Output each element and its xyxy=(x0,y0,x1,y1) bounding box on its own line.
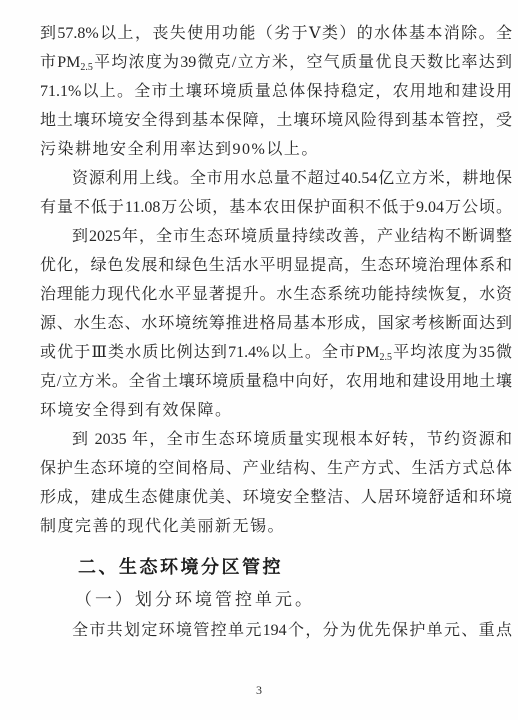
section-heading: 二、生态环境分区管控 xyxy=(78,553,512,582)
paragraph: 到2025年，全市生态环境质量持续改善，产业结构不断调整优化，绿色发展和绿色生活… xyxy=(40,222,512,425)
text-segment: 环境安全得到有效保障。 xyxy=(40,402,233,419)
page-number: 3 xyxy=(0,683,518,698)
text-line: 到 2035 年，全市生态环境质量实现根本好转，节约资源和 xyxy=(40,425,512,454)
text-line: 到2025年，全市生态环境质量持续改善，产业结构不断调整 xyxy=(40,222,512,251)
text-segment: 源、水生态、水环境统筹推进格局基本形成，国家考核断面达到 xyxy=(40,315,512,332)
text-line: 形成，建成生态健康优美、环境安全整洁、人居环境舒适和环境 xyxy=(40,483,512,512)
text-segment: 平均浓度为39微克/立方米，空气质量优良天数比率达到 xyxy=(93,54,512,71)
text-segment: 制度完善的现代化美丽新无锡。 xyxy=(40,518,285,535)
text-line: 环境安全得到有效保障。 xyxy=(40,396,512,425)
text-segment: 71.1%以上。全市土壤环境质量总体保持稳定，农用地和建设用 xyxy=(40,83,512,100)
text-line: 到57.8%以上，丧失使用功能（劣于Ⅴ类）的水体基本消除。全 xyxy=(40,19,512,48)
text-line: 或优于Ⅲ类水质比例达到71.4%以上。全市PM2.5平均浓度为35微 xyxy=(40,338,512,367)
document-page: 到57.8%以上，丧失使用功能（劣于Ⅴ类）的水体基本消除。全市PM2.5平均浓度… xyxy=(0,0,518,720)
text-line: 克/立方米。全省土壤环境质量稳中向好，农用地和建设用地土壤 xyxy=(40,367,512,396)
text-line: 治理能力现代化水平显著提升。水生态系统功能持续恢复，水资 xyxy=(40,280,512,309)
text-segment: 平均浓度为35微 xyxy=(392,344,512,361)
paragraph: 到57.8%以上，丧失使用功能（劣于Ⅴ类）的水体基本消除。全市PM2.5平均浓度… xyxy=(40,19,512,164)
text-segment: 全市共划定环境管控单元194个，分为优先保护单元、重点 xyxy=(72,622,512,639)
text-line: 优化，绿色发展和绿色生活水平明显提高，生态环境治理体系和 xyxy=(40,251,512,280)
text-segment: 治理能力现代化水平显著提升。水生态系统功能持续恢复，水资 xyxy=(40,286,512,303)
text-segment: 有量不低于11.08万公顷，基本农田保护面积不低于9.04万公顷。 xyxy=(40,199,512,216)
text-line: 71.1%以上。全市土壤环境质量总体保持稳定，农用地和建设用 xyxy=(40,77,512,106)
text-segment: 到2025年，全市生态环境质量持续改善，产业结构不断调整 xyxy=(72,228,512,245)
text-segment: 污染耕地安全利用率达到90%以上。 xyxy=(40,141,319,158)
subscript-text: 2.5 xyxy=(80,62,93,73)
text-segment: 到 2035 年，全市生态环境质量实现根本好转，节约资源和 xyxy=(72,431,512,448)
text-line: 资源利用上线。全市用水总量不超过40.54亿立方米，耕地保 xyxy=(40,164,512,193)
text-line: 源、水生态、水环境统筹推进格局基本形成，国家考核断面达到 xyxy=(40,309,512,338)
text-segment: 到57.8%以上，丧失使用功能（劣于Ⅴ类）的水体基本消除。全 xyxy=(40,25,512,42)
subscript-text: 2.5 xyxy=(379,352,392,363)
text-segment: 市PM xyxy=(40,54,80,71)
text-line: 市PM2.5平均浓度为39微克/立方米，空气质量优良天数比率达到 xyxy=(40,48,512,77)
text-segment: 优化，绿色发展和绿色生活水平明显提高，生态环境治理体系和 xyxy=(40,257,512,274)
text-segment: 或优于Ⅲ类水质比例达到71.4%以上。全市PM xyxy=(40,344,379,361)
text-line: 保护生态环境的空间格局、产业结构、生产方式、生活方式总体 xyxy=(40,454,512,483)
text-line: 制度完善的现代化美丽新无锡。 xyxy=(40,512,512,541)
text-line: 全市共划定环境管控单元194个，分为优先保护单元、重点 xyxy=(40,616,512,645)
paragraph: 资源利用上线。全市用水总量不超过40.54亿立方米，耕地保有量不低于11.08万… xyxy=(40,164,512,222)
text-line: 污染耕地安全利用率达到90%以上。 xyxy=(40,135,512,164)
text-line: 地土壤环境安全得到基本保障，土壤环境风险得到基本管控，受 xyxy=(40,106,512,135)
text-segment: 保护生态环境的空间格局、产业结构、生产方式、生活方式总体 xyxy=(40,460,512,477)
text-line: 有量不低于11.08万公顷，基本农田保护面积不低于9.04万公顷。 xyxy=(40,193,512,222)
text-segment: 资源利用上线。全市用水总量不超过40.54亿立方米，耕地保 xyxy=(72,170,512,187)
text-segment: 克/立方米。全省土壤环境质量稳中向好，农用地和建设用地土壤 xyxy=(40,373,512,390)
text-segment: 形成，建成生态健康优美、环境安全整洁、人居环境舒适和环境 xyxy=(40,489,512,506)
paragraph: 到 2035 年，全市生态环境质量实现根本好转，节约资源和保护生态环境的空间格局… xyxy=(40,425,512,541)
subsection-heading: （一）划分环境管控单元。 xyxy=(75,585,512,614)
document-body: 到57.8%以上，丧失使用功能（劣于Ⅴ类）的水体基本消除。全市PM2.5平均浓度… xyxy=(40,19,512,645)
text-segment: 地土壤环境安全得到基本保障，土壤环境风险得到基本管控，受 xyxy=(40,112,512,129)
paragraph: 全市共划定环境管控单元194个，分为优先保护单元、重点 xyxy=(40,616,512,645)
